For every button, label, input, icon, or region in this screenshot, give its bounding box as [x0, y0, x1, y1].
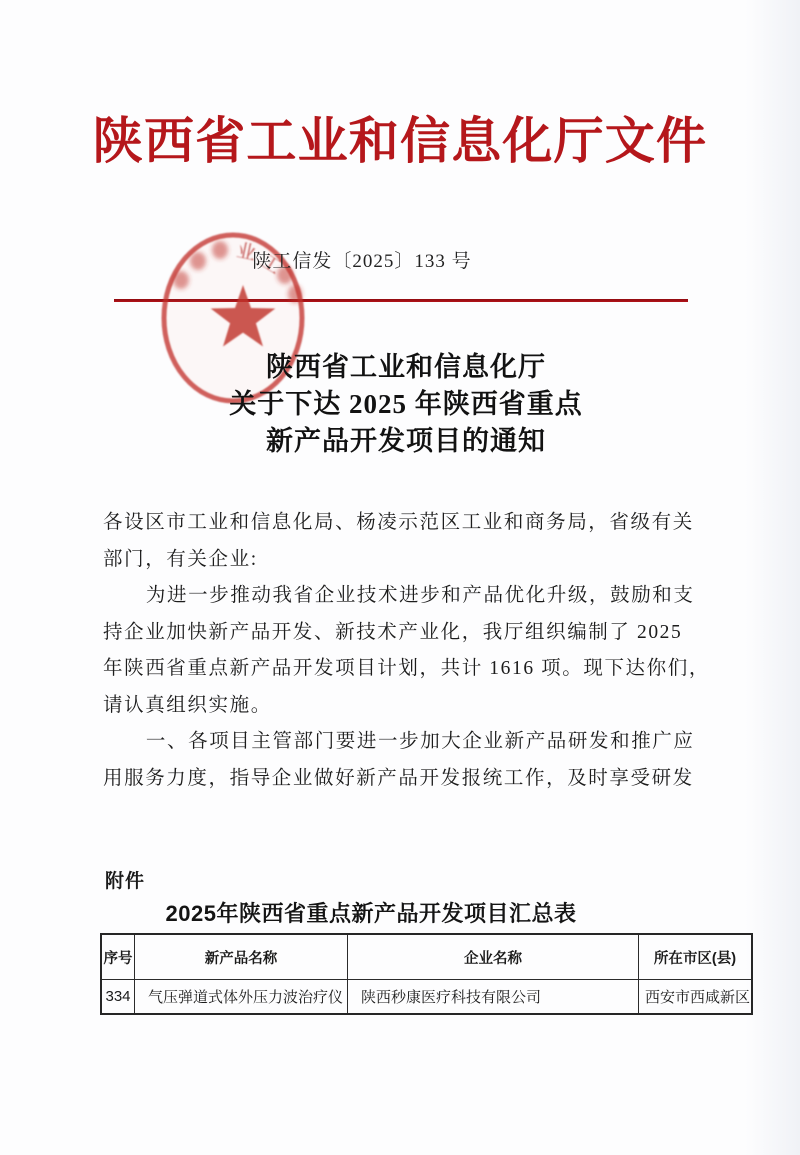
body-paragraph-item1: 一、各项目主管部门要进一步加大企业新产品研发和推广应 用服务力度，指导企业做好新… — [103, 724, 723, 797]
cell-seq: 334 — [101, 980, 135, 1015]
notice-title-line2: 关于下达 2025 年陕西省重点 — [6, 386, 800, 423]
document-number: 陕工信发〔2025〕133 号 — [0, 246, 762, 273]
notice-title: 陕西省工业和信息化厅 关于下达 2025 年陕西省重点 新产品开发项目的通知 — [6, 349, 800, 460]
cell-company: 陕西秒康医疗科技有限公司 — [348, 980, 639, 1015]
col-header-product: 新产品名称 — [135, 934, 348, 980]
scanned-document-page: 陕西省工业和信息化厅文件 陕工信发〔2025〕133 号 业 工 陕西省工业和信… — [0, 0, 800, 1155]
notice-title-line3: 新产品开发项目的通知 — [6, 423, 800, 460]
letterhead-title: 陕西省工业和信息化厅文件 — [0, 96, 800, 186]
body-paragraph-intro: 为进一步推动我省企业技术进步和产品优化升级，鼓励和支 持企业加快新产品开发、新技… — [103, 578, 723, 724]
table-row: 334 气压弹道式体外压力波治疗仪 陕西秒康医疗科技有限公司 西安市西咸新区 — [101, 980, 752, 1015]
notice-title-line1: 陕西省工业和信息化厅 — [6, 349, 800, 386]
cell-product: 气压弹道式体外压力波治疗仪 — [135, 980, 348, 1015]
table-header-row: 序号 新产品名称 企业名称 所在市区(县) — [101, 934, 752, 980]
notice-body: 各设区市工业和信息化局、杨凌示范区工业和商务局，省级有关 部门，有关企业: 为进… — [103, 505, 723, 797]
cell-district: 西安市西咸新区 — [639, 980, 753, 1015]
attachment-label: 附件 — [105, 866, 145, 893]
attachment-table-title: 2025年陕西省重点新产品开发项目汇总表 — [0, 897, 771, 928]
col-header-seq: 序号 — [101, 934, 135, 980]
project-summary-table: 序号 新产品名称 企业名称 所在市区(县) 334 气压弹道式体外压力波治疗仪 … — [100, 933, 753, 1015]
col-header-district: 所在市区(县) — [639, 934, 753, 980]
body-paragraph-recipients: 各设区市工业和信息化局、杨凌示范区工业和商务局，省级有关 部门，有关企业: — [103, 505, 723, 578]
col-header-company: 企业名称 — [348, 934, 639, 980]
